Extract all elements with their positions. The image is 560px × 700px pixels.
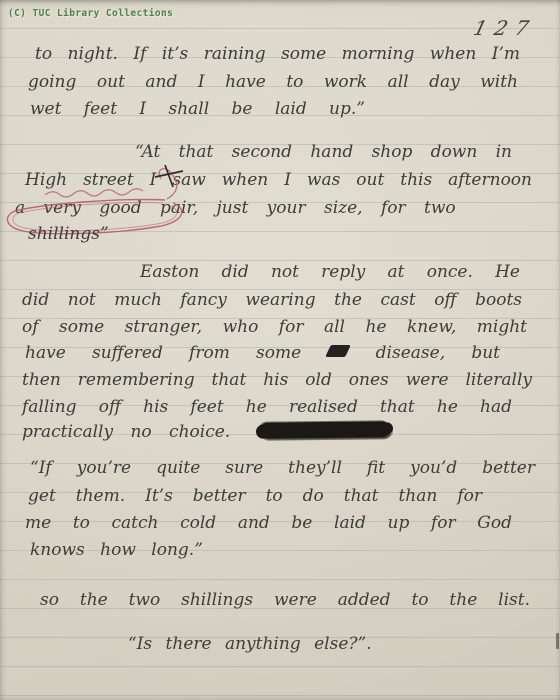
manuscript-line: “Is there anything else?”. xyxy=(128,632,372,657)
manuscript-line: so the two shillings were added to the l… xyxy=(40,588,530,613)
manuscript-line: falling off his feet he realised that he… xyxy=(22,395,512,420)
copyright-watermark: (C) TUC Library Collections xyxy=(8,8,173,19)
scan-artifact xyxy=(556,633,559,649)
manuscript-line: knows how long.” xyxy=(30,538,203,563)
manuscript-line: “If you’re quite sure they’ll fit you’d … xyxy=(30,456,535,481)
manuscript-line: me to catch cold and be laid up for God xyxy=(25,511,512,536)
inked-out-word xyxy=(326,345,352,357)
manuscript-line: Easton did not reply at once. He xyxy=(140,260,520,285)
manuscript-line: wet feet I shall be laid up.” xyxy=(30,97,365,122)
manuscript-line: have suffered from some disease, but xyxy=(25,341,500,366)
manuscript-line: get them. It’s better to do that than fo… xyxy=(28,484,482,509)
manuscript-line-text: just your size, for two xyxy=(217,198,456,218)
manuscript-line: practically no choice. xyxy=(22,420,390,445)
manuscript-line: High street I saw when I was out this af… xyxy=(25,168,532,193)
manuscript-line: going out and I have to work all day wit… xyxy=(28,70,518,95)
manuscript-line: did not much fancy wearing the cast off … xyxy=(22,288,522,313)
circled-phrase-text: a very good pair, xyxy=(15,198,198,218)
manuscript-line-text: practically no choice. xyxy=(22,422,230,442)
manuscript-line: shillings” xyxy=(28,222,109,247)
manuscript-line-text: disease, but xyxy=(376,343,500,363)
manuscript-line: to night. If it’s raining some morning w… xyxy=(35,42,520,67)
manuscript-page: (C) TUC Library Collections 127 to night… xyxy=(0,0,560,700)
manuscript-line: a very good pair, just your size, for tw… xyxy=(15,196,465,221)
circled-phrase: a very good pair, xyxy=(15,198,198,218)
manuscript-line: “At that second hand shop down in xyxy=(135,140,512,165)
manuscript-line: then remembering that his old ones were … xyxy=(22,368,532,393)
page-number: 127 xyxy=(471,16,539,40)
manuscript-line: of some stranger, who for all he knew, m… xyxy=(22,315,527,340)
scribbled-out-text xyxy=(260,421,390,438)
manuscript-line-text: have suffered from some xyxy=(25,343,301,363)
